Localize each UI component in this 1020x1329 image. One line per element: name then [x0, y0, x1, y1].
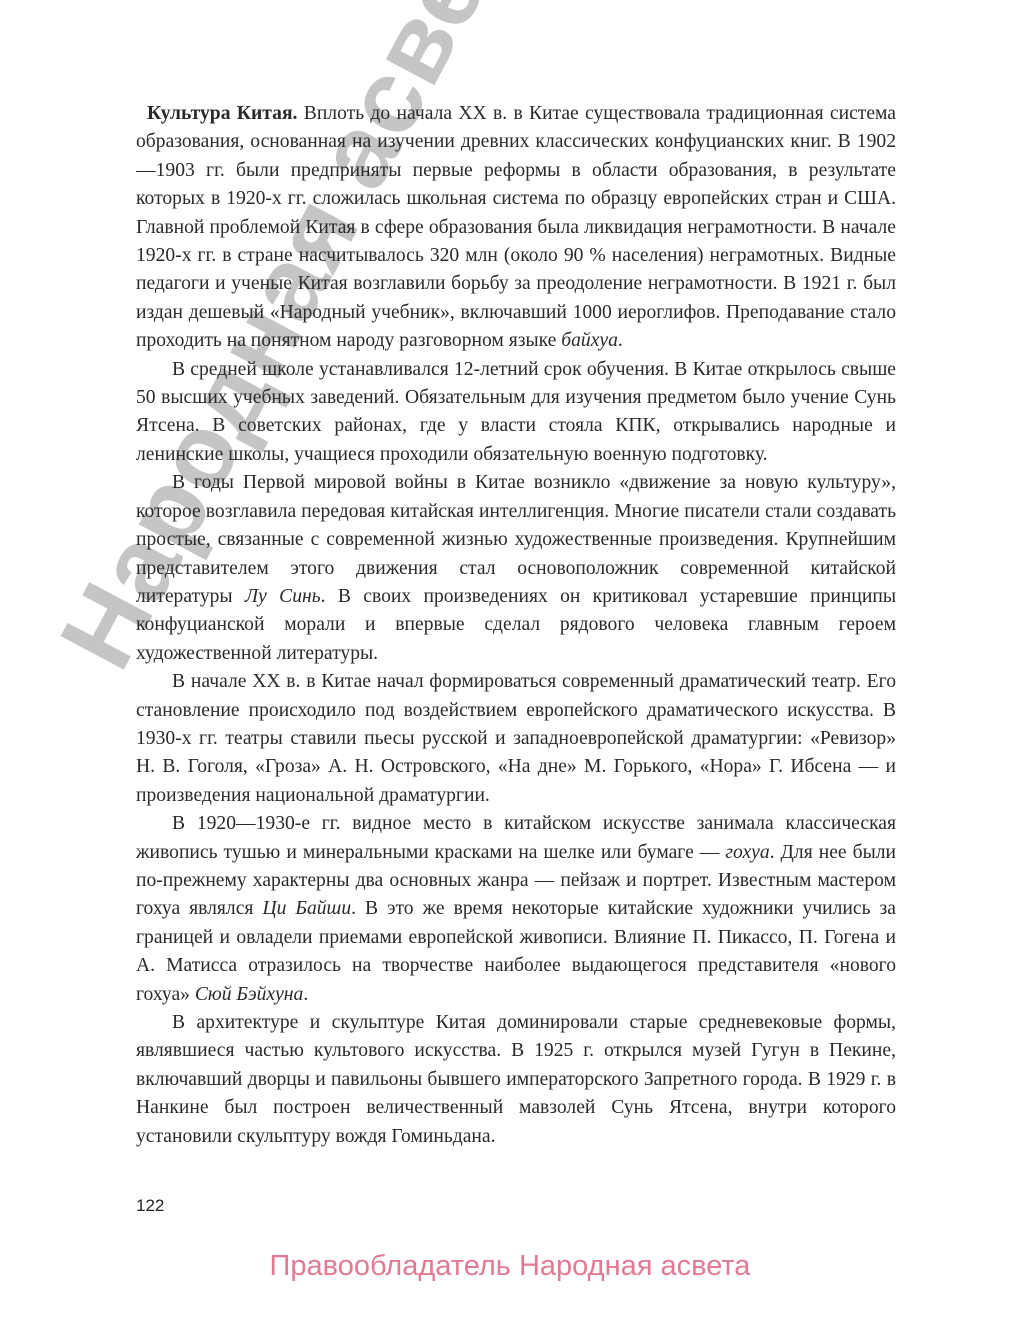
- text-run: В архитектуре и скульптуре Китая доминир…: [136, 1012, 896, 1147]
- text-run: В начале XX в. в Китае начал формировать…: [136, 671, 896, 806]
- paragraph: В средней школе устанавливался 12-летний…: [136, 356, 896, 470]
- italic-term: Лу Синь: [245, 586, 321, 607]
- paragraph: В годы Первой мировой войны в Китае возн…: [136, 469, 896, 668]
- paragraph: Культура Китая. Вплоть до начала XX в. в…: [136, 100, 896, 356]
- text-run: .: [618, 330, 623, 351]
- paragraph: В начале XX в. в Китае начал формировать…: [136, 668, 896, 810]
- italic-term: байхуа: [561, 330, 618, 351]
- text-run: В средней школе устанавливался 12-летний…: [136, 359, 896, 465]
- copyright-footer: Правообладатель Народная асвета: [0, 1250, 1020, 1283]
- text-run: .: [303, 984, 308, 1005]
- paragraph: В 1920—1930-е гг. видное место в китайск…: [136, 810, 896, 1009]
- page-body: Культура Китая. Вплоть до начала XX в. в…: [136, 100, 896, 1151]
- section-heading: Культура Китая.: [147, 103, 297, 124]
- page-number: 122: [136, 1196, 164, 1216]
- paragraph: В архитектуре и скульптуре Китая доминир…: [136, 1009, 896, 1151]
- italic-term: Ци Байши: [262, 898, 351, 919]
- italic-term: гохуа: [725, 842, 769, 863]
- text-run: Вплоть до начала XX в. в Китае существов…: [136, 103, 896, 351]
- italic-term: Сюй Бэйхуна: [195, 984, 303, 1005]
